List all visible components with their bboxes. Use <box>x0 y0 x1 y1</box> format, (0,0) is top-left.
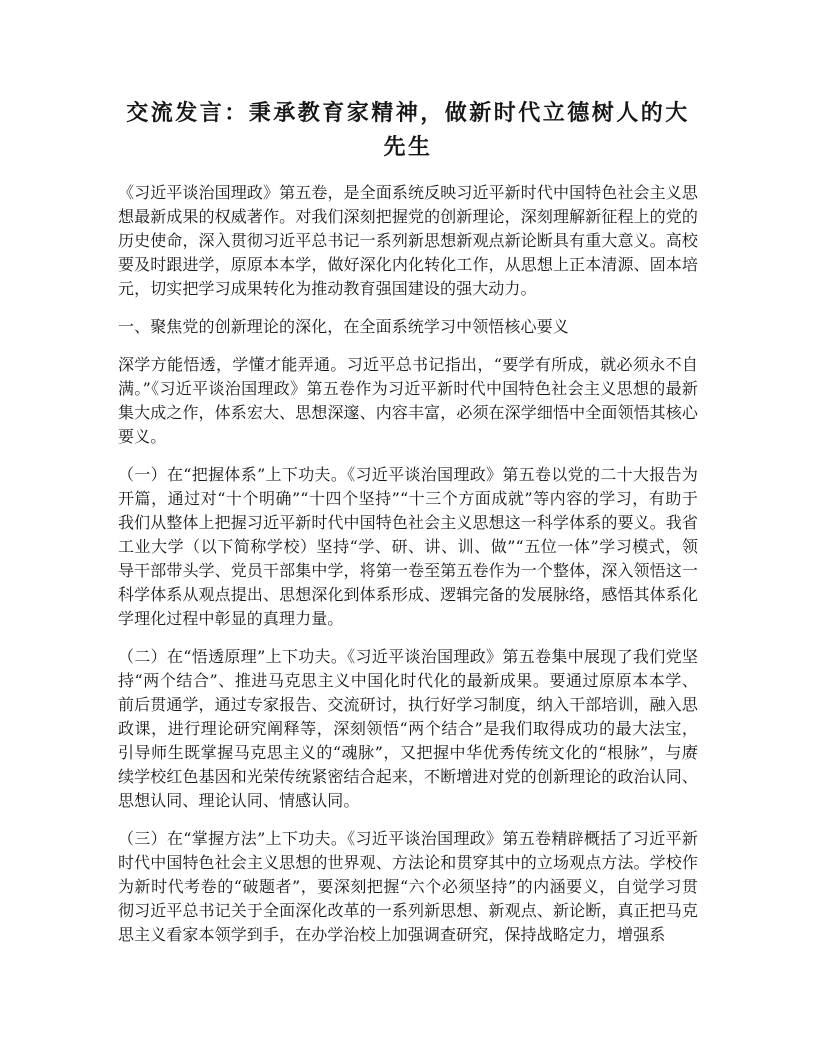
document-page: 交流发言：秉承教育家精神，做新时代立德树人的大先生 《习近平谈治国理政》第五卷，… <box>0 0 816 1056</box>
section-one-intro-paragraph: 深学方能悟透，学懂才能弄通。习近平总书记指出，“要学有所成，就必须永不自满。”《… <box>118 353 698 449</box>
opening-paragraph: 《习近平谈治国理政》第五卷，是全面系统反映习近平新时代中国特色社会主义思想最新成… <box>118 181 698 301</box>
page-title: 交流发言：秉承教育家精神，做新时代立德树人的大先生 <box>118 96 698 164</box>
point-one-paragraph: （一）在“把握体系”上下功夫。《习近平谈治国理政》第五卷以党的二十大报告为开篇，… <box>118 463 698 631</box>
point-three-paragraph: （三）在“掌握方法”上下功夫。《习近平谈治国理政》第五卷精辟概括了习近平新时代中… <box>118 827 698 947</box>
point-two-paragraph: （二）在“悟透原理”上下功夫。《习近平谈治国理政》第五卷集中展现了我们党坚持“两… <box>118 645 698 813</box>
section-one-heading: 一、聚焦党的创新理论的深化，在全面系统学习中领悟核心要义 <box>118 315 698 339</box>
